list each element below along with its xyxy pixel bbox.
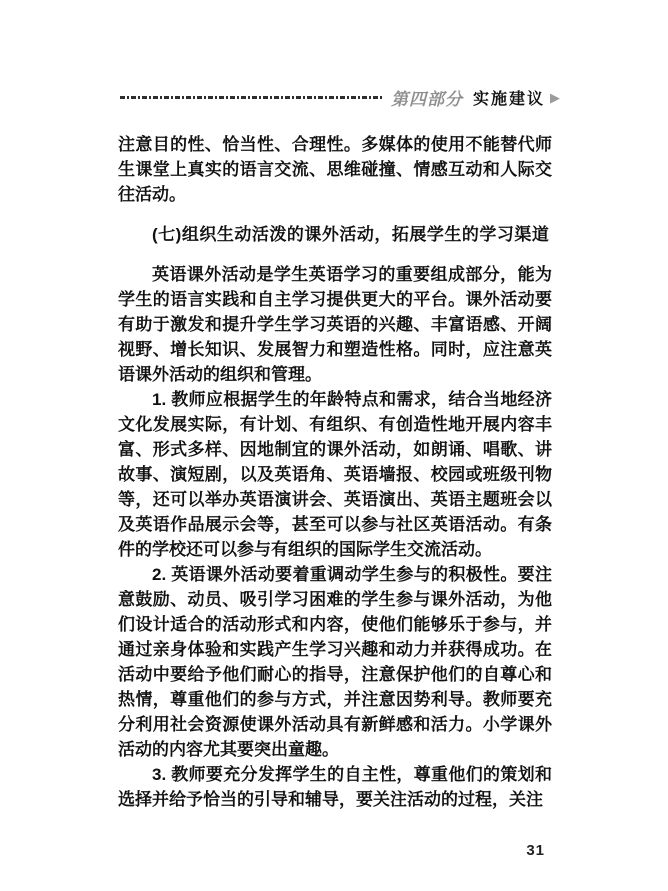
right-arrow-icon: ▶: [550, 91, 560, 104]
numbered-item-3: 3. 教师要充分发挥学生的自主性，尊重他们的策划和选择并给予恰当的引导和辅导，要…: [118, 762, 552, 812]
header-dotted-rule: [120, 96, 382, 99]
page-header: 第四部分 实施建议 ▶: [120, 87, 560, 107]
part-label: 第四部分: [391, 85, 463, 110]
page-number: 31: [526, 842, 545, 859]
section-heading: (七)组织生动活泼的课外活动，拓展学生的学习渠道: [118, 222, 552, 247]
numbered-item-1: 1. 教师应根据学生的年龄特点和需求，结合当地经济文化发展实际，有计划、有组织、…: [118, 387, 552, 562]
intro-paragraph: 英语课外活动是学生英语学习的重要组成部分，能为学生的语言实践和自主学习提供更大的…: [118, 262, 552, 387]
page-content: 注意目的性、恰当性、合理性。多媒体的使用不能替代师生课堂上真实的语言交流、思维碰…: [118, 132, 552, 812]
document-page: 第四部分 实施建议 ▶ 注意目的性、恰当性、合理性。多媒体的使用不能替代师生课堂…: [0, 0, 668, 891]
numbered-item-2: 2. 英语课外活动要着重调动学生参与的积极性。要注意鼓励、动员、吸引学习困难的学…: [118, 562, 552, 762]
continuation-paragraph: 注意目的性、恰当性、合理性。多媒体的使用不能替代师生课堂上真实的语言交流、思维碰…: [118, 132, 552, 207]
section-label: 实施建议: [473, 86, 545, 109]
